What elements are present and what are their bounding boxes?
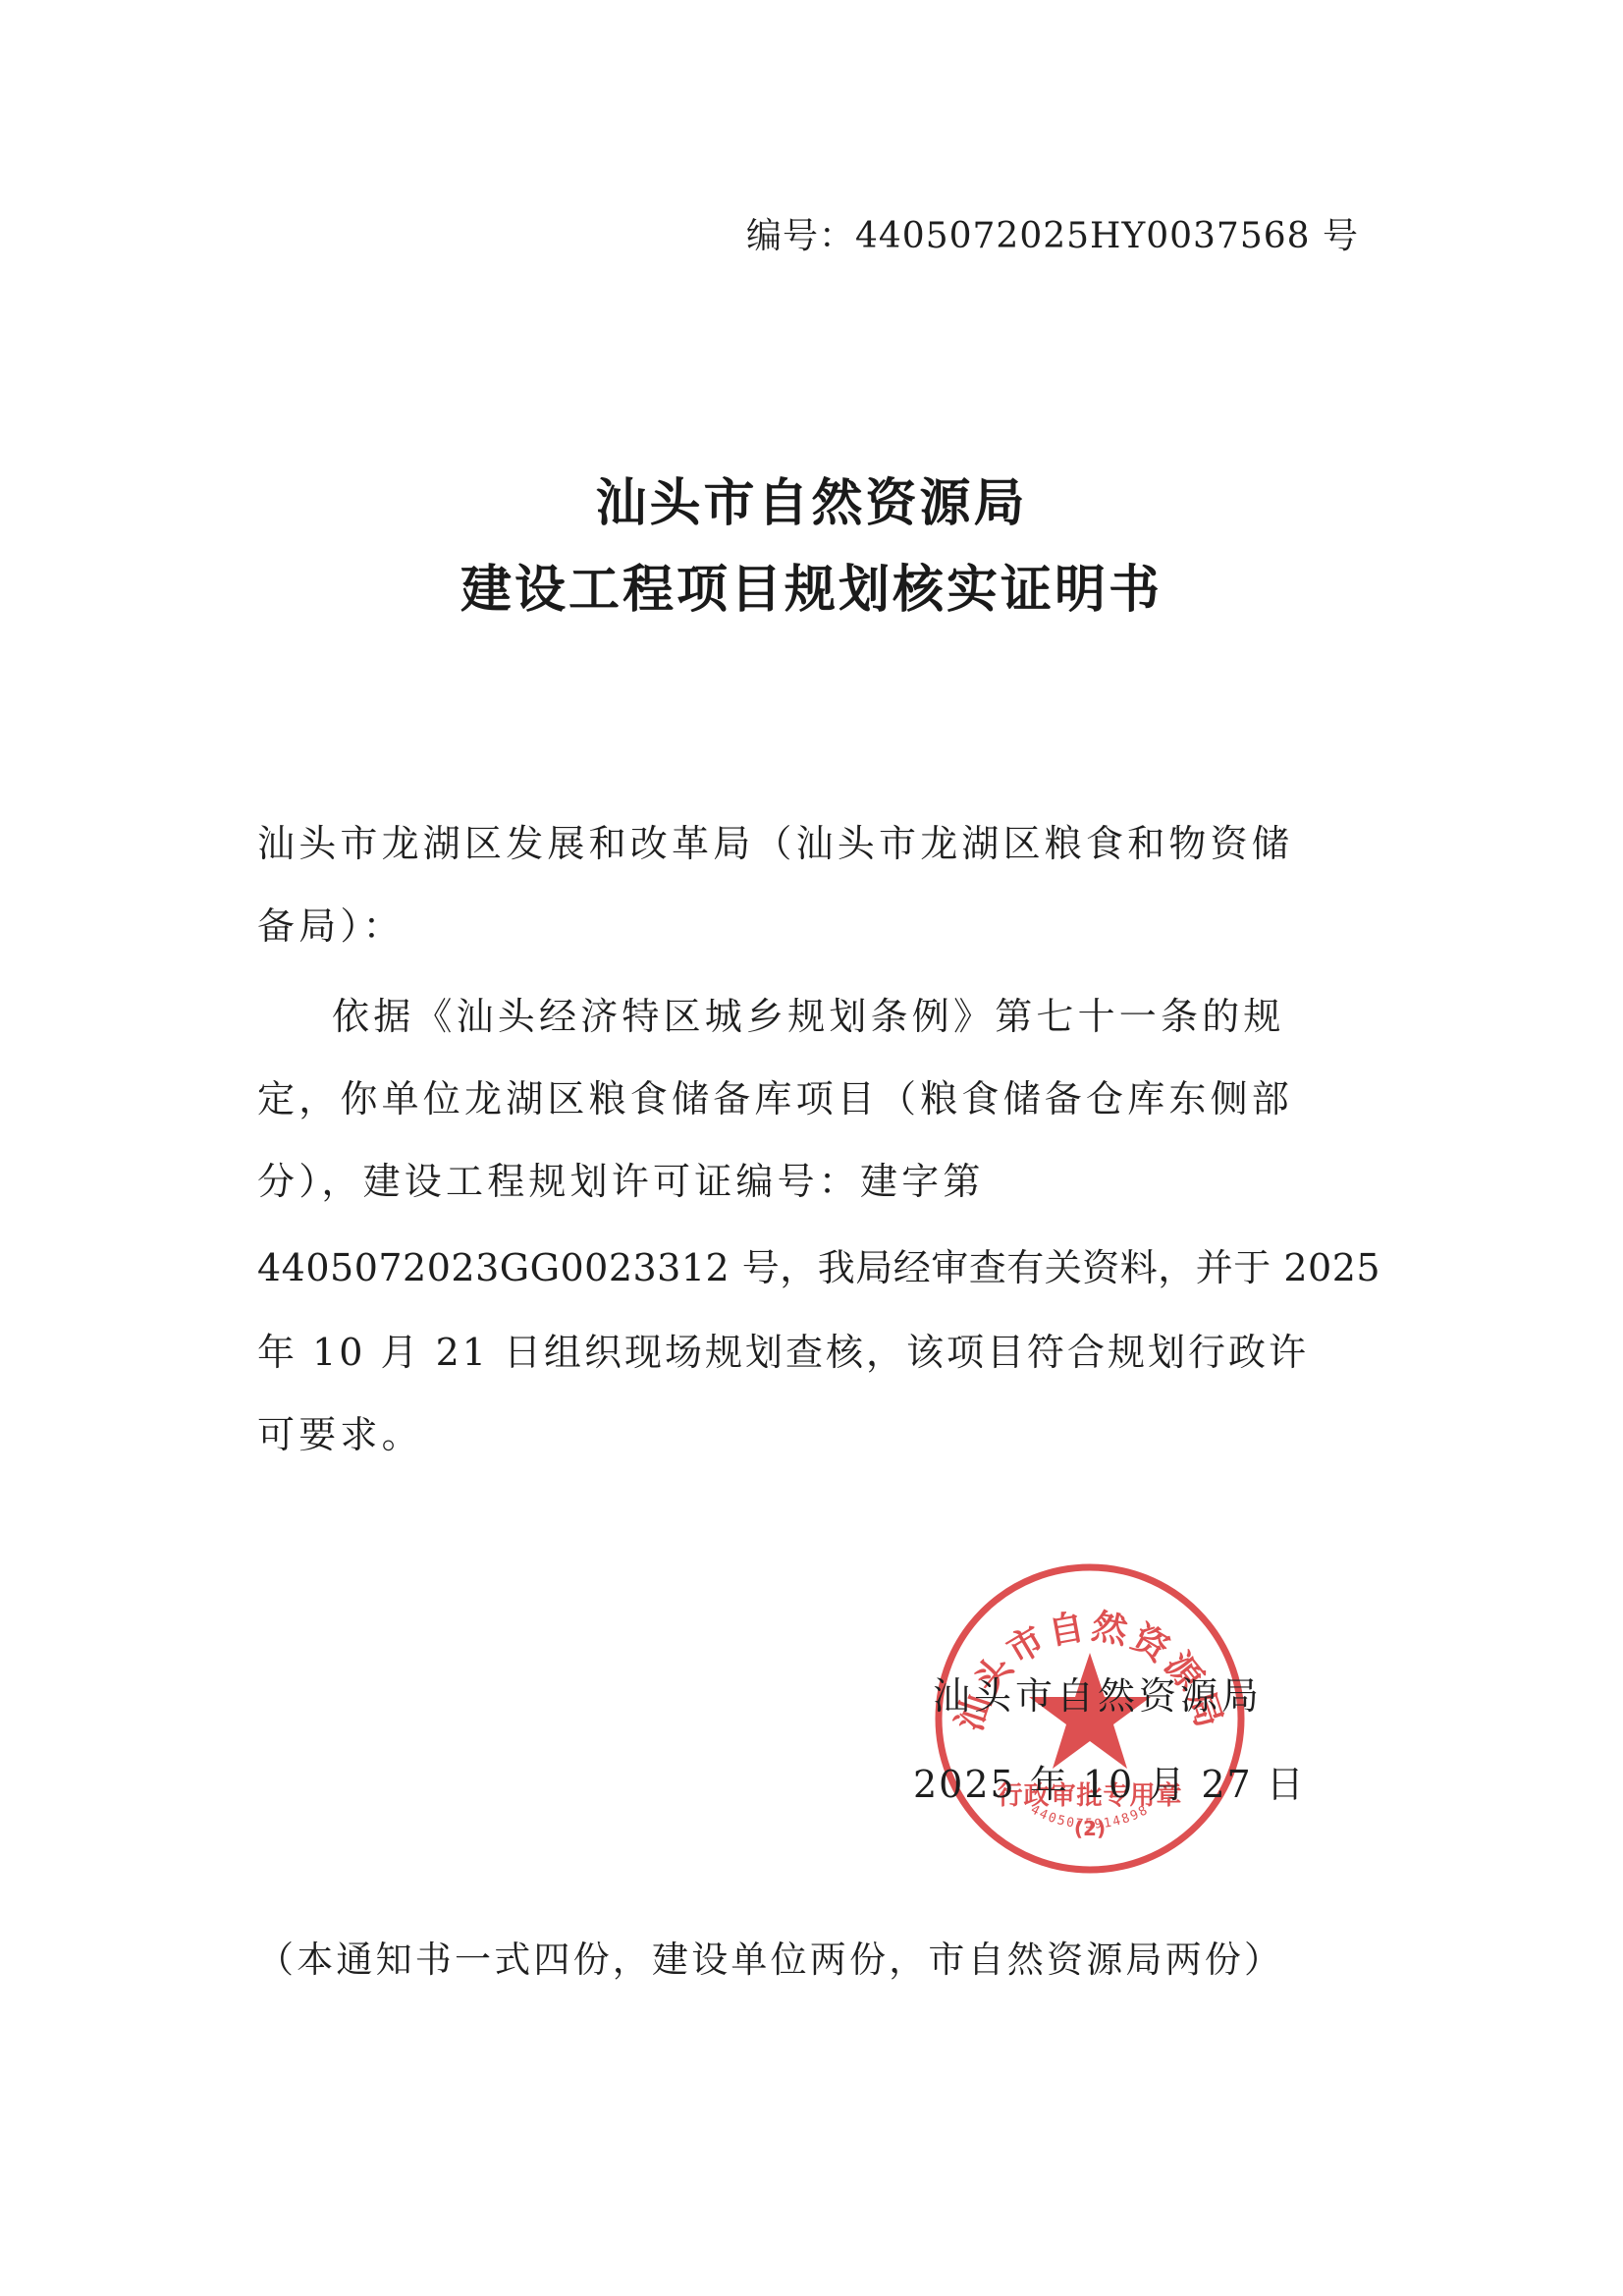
body-line: 依据《汕头经济特区城乡规划条例》第七十一条的规 <box>332 986 1285 1040</box>
body-line: 分），建设工程规划许可证编号：建字第 <box>257 1151 985 1205</box>
body-line: 年 10 月 21 日组织现场规划查核，该项目符合规划行政许 <box>257 1322 1309 1376</box>
issuer-signature: 汕头市自然资源局 <box>933 1666 1263 1720</box>
addressee-line-1: 汕头市龙湖区发展和改革局（汕头市龙湖区粮食和物资储 <box>257 813 1293 867</box>
document-title: 建设工程项目规划核实证明书 <box>0 548 1623 622</box>
issuing-authority-title: 汕头市自然资源局 <box>0 462 1623 535</box>
body-line: 定，你单位龙湖区粮食储备库项目（粮食储备仓库东侧部 <box>257 1068 1293 1122</box>
body-line: 可要求。 <box>257 1404 423 1458</box>
document-number: 编号：4405072025HY0037568 号 <box>746 208 1359 258</box>
body-line: 4405072023GG0023312 号，我局经审查有关资料，并于 2025 <box>257 1237 1380 1291</box>
issue-date: 2025 年 10 月 27 日 <box>913 1754 1306 1808</box>
addressee-line-2: 备局）： <box>257 896 405 950</box>
footer-note: （本通知书一式四份，建设单位两份，市自然资源局两份） <box>257 1930 1283 1983</box>
